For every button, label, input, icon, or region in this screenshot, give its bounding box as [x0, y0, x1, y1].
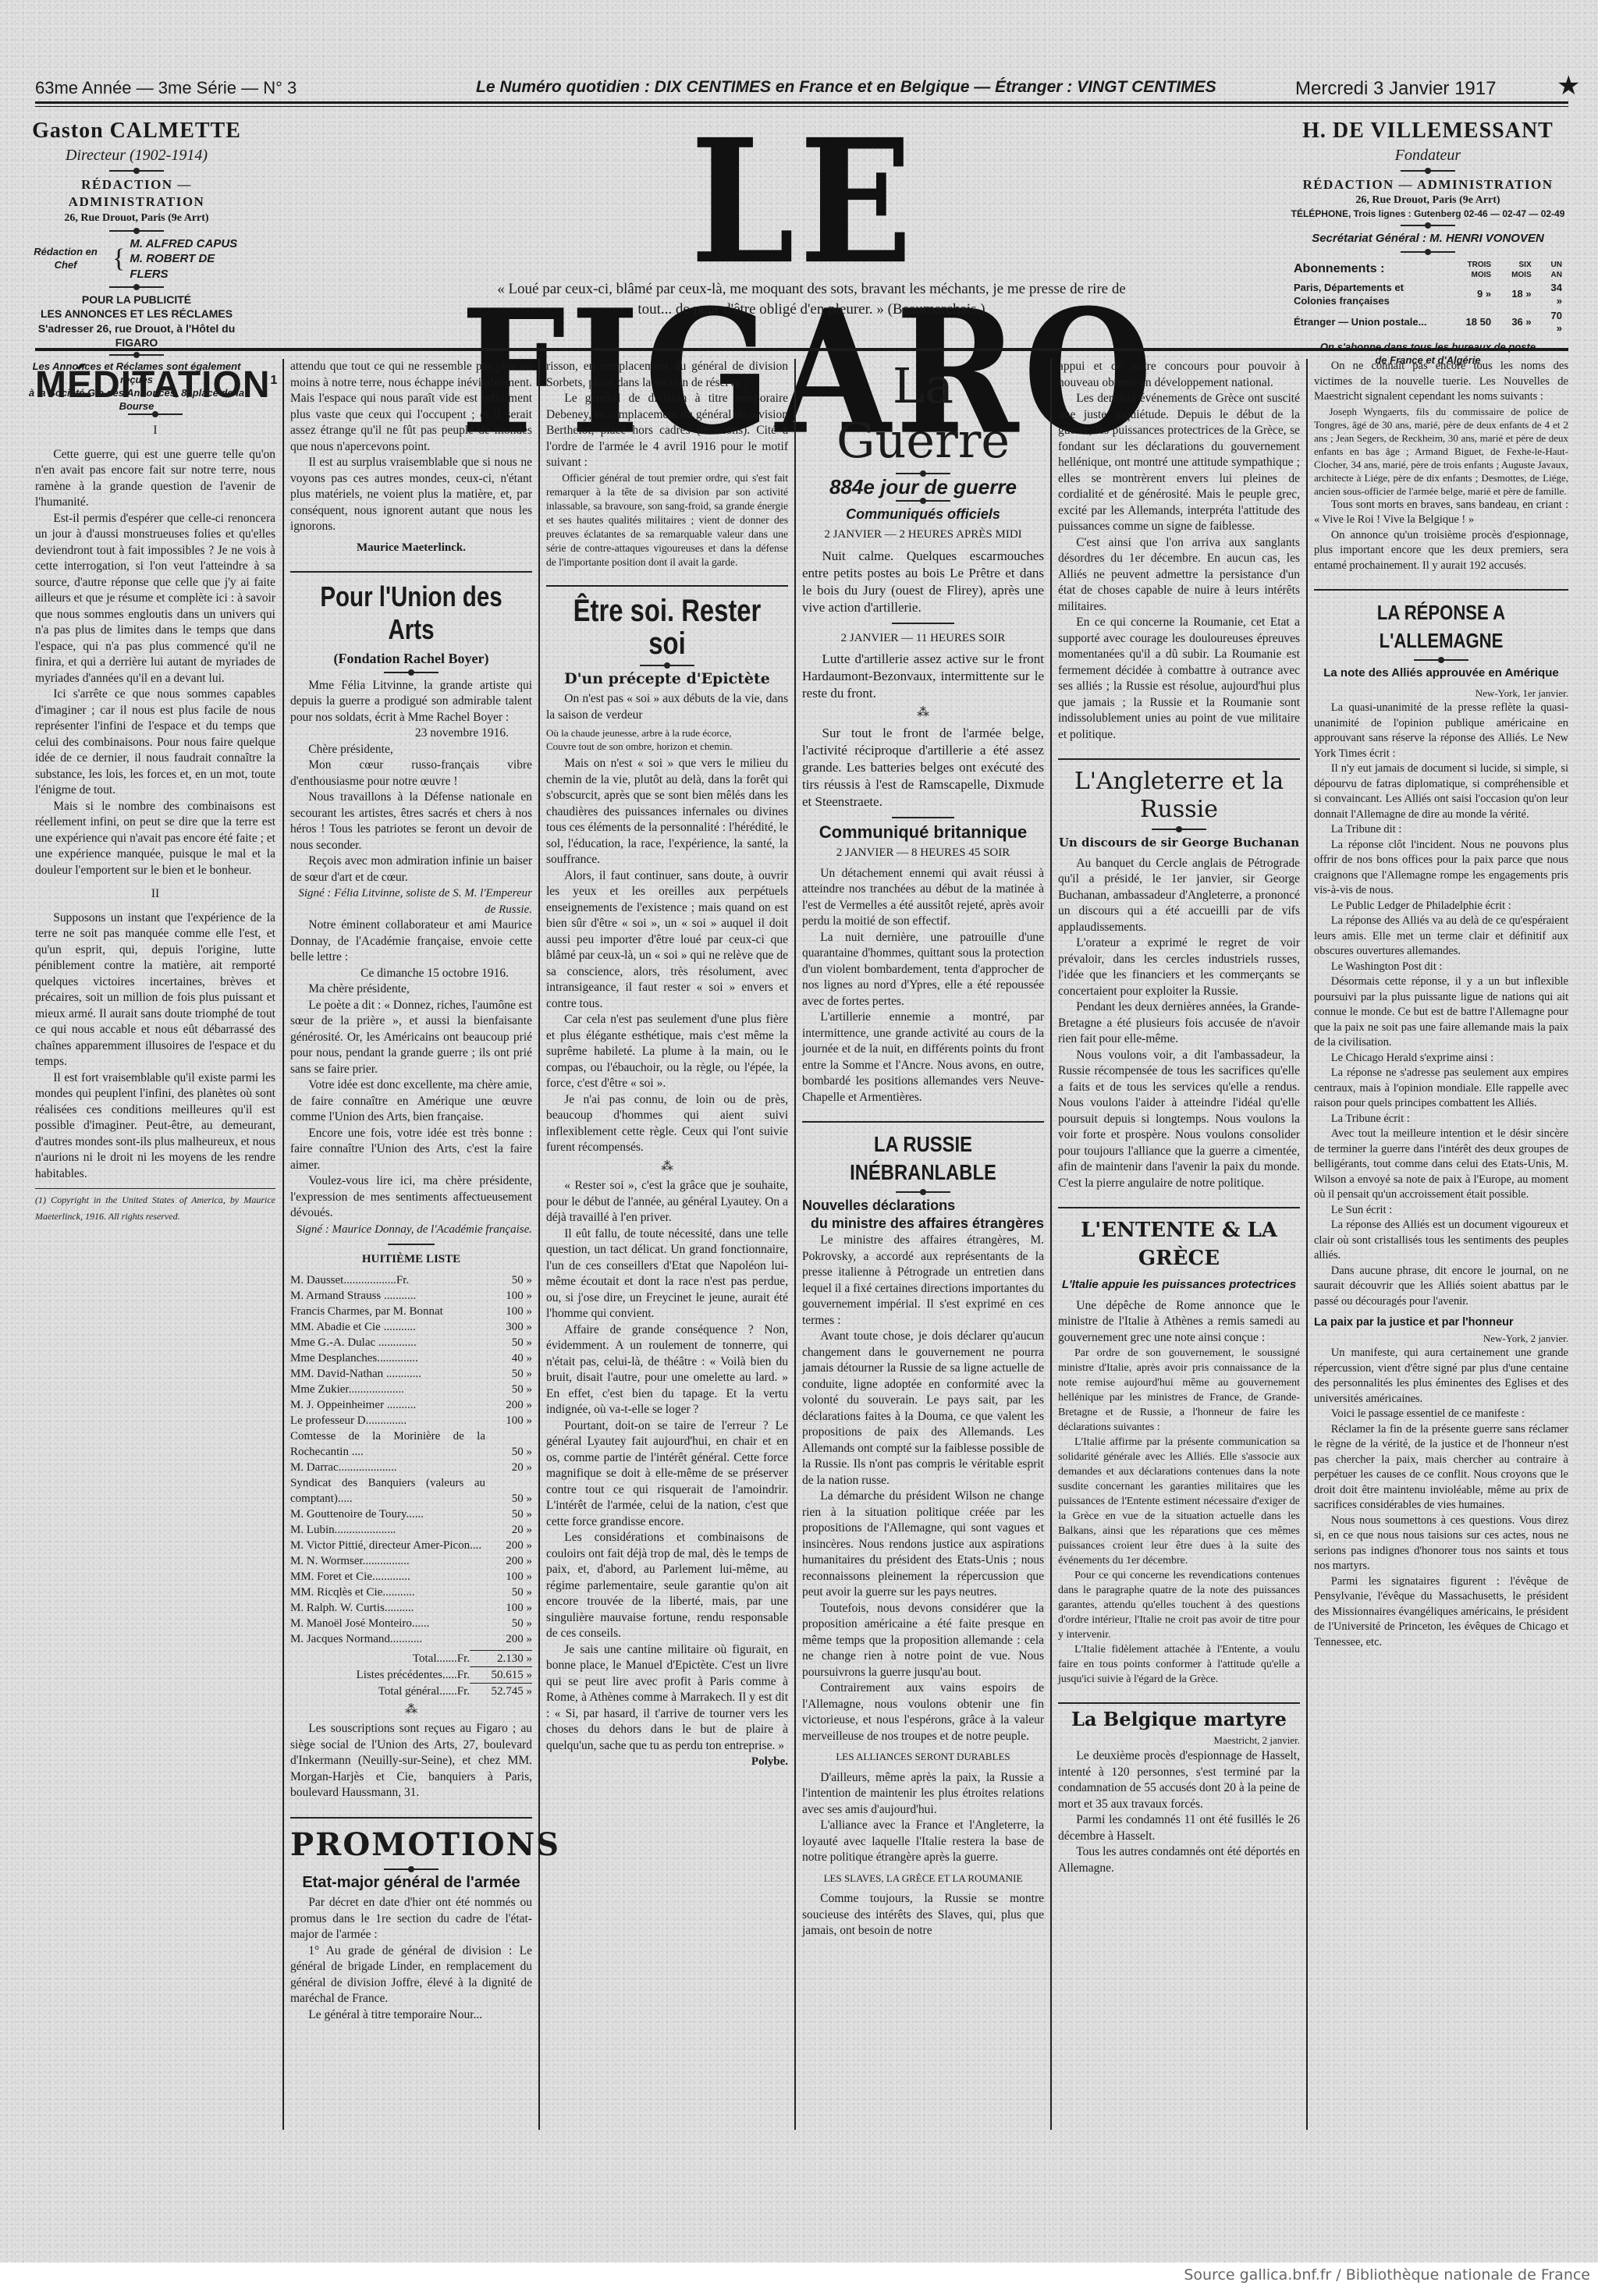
article-title: PROMOTIONS: [290, 1826, 532, 1864]
paragraph: La paix par la justice et par l'honneur: [1314, 1315, 1568, 1331]
paragraph: Mais on n'est « soi » que vers le milieu…: [546, 756, 788, 868]
divider: [892, 623, 954, 624]
dateline: New-York, 1er janvier.: [1314, 686, 1568, 701]
issue-date: Mercredi 3 Janvier 1917: [1295, 78, 1496, 100]
subs-header: SIX MOIS: [1497, 259, 1538, 281]
ornament-icon: [109, 230, 164, 232]
paragraph: C'est ainsi que l'on arriva aux sanglant…: [1058, 535, 1300, 616]
wavy-divider: [802, 1113, 1044, 1123]
paragraph: Nous voulons voir, a dit l'ambassadeur, …: [1058, 1048, 1300, 1192]
article-title: LA RÉPONSE A L'ALLEMAGNE: [1333, 598, 1549, 655]
asterism-icon: ⁂: [802, 705, 1044, 722]
paragraph: Contrairement aux vains espoirs de l'All…: [802, 1680, 1044, 1744]
ornament-icon: [896, 1191, 950, 1193]
article-title: L'ENTENTE & LA GRÈCE: [1058, 1216, 1300, 1272]
donor-row: Mme Desplanches..............40 »: [290, 1350, 532, 1366]
paragraph: On n'est pas « soi » aux débuts de la vi…: [546, 691, 788, 723]
article-title: MÉDITATION1: [35, 359, 275, 407]
article-subtitle: L'Italie appuie les puissances protectri…: [1058, 1277, 1300, 1293]
ornament-icon: [896, 500, 950, 502]
paragraph: Comme toujours, la Russie se montre souc…: [802, 1891, 1044, 1939]
wavy-divider: [1058, 1694, 1300, 1704]
signature: Signé : Maurice Donnay, de l'Académie fr…: [290, 1222, 532, 1238]
donor-row: MM. Foret et Cie.............100 »: [290, 1569, 532, 1584]
paragraph: Les considérations et combinaisons de co…: [546, 1530, 788, 1642]
paragraph: Parmi les condamnés 11 ont été fusillés …: [1058, 1812, 1300, 1844]
wavy-divider: [1314, 581, 1568, 591]
communique-time: 2 JANVIER — 8 HEURES 45 SOIR: [802, 845, 1044, 861]
paragraph: Nous travaillons à la Défense nationale …: [290, 790, 532, 853]
address: 26, Rue Drouot, Paris (9e Arrt): [23, 211, 250, 225]
article-title: La Guerre: [802, 359, 1044, 468]
founder-role: Fondateur: [1287, 145, 1568, 165]
article-subtitle: du ministre des affaires étrangères: [802, 1215, 1044, 1232]
letter-date: 23 novembre 1916.: [290, 726, 509, 742]
column-reponse-allemagne: On ne connaît pas encore tous les noms d…: [1314, 359, 1568, 1650]
director-name: Gaston CALMETTE: [23, 117, 250, 145]
column-la-guerre: La Guerre 884e jour de guerre Communiqué…: [802, 359, 1044, 1939]
totals-list: Total.......Fr.2.130 »Listes précédentes…: [290, 1650, 532, 1699]
column-rule: [794, 359, 796, 2130]
wavy-divider: [290, 1809, 532, 1819]
paragraph: Tous sont morts en braves, sans bandeau,…: [1314, 498, 1568, 528]
paragraph: Ici s'arrête ce que nous sommes capables…: [35, 687, 275, 799]
section-title: Communiqué britannique: [802, 825, 1044, 841]
paragraph: Alors, il faut continuer, sans doute, à …: [546, 868, 788, 1013]
ornament-icon: [1401, 251, 1455, 253]
paragraph: Réclamer la fin de la présente guerre sa…: [1314, 1422, 1568, 1514]
paragraph: Nous nous soumettons à ces questions. Vo…: [1314, 1514, 1568, 1574]
pub-line-3: S'adresser 26, rue Drouot, à l'Hôtel du …: [23, 321, 250, 350]
paragraph: Le général à titre temporaire Nour...: [290, 2007, 532, 2024]
paragraph: Toutefois, nous devons considérer que la…: [802, 1601, 1044, 1681]
donor-row: M. Victor Pittié, directeur Amer-Picon..…: [290, 1538, 532, 1553]
subs-row: Étranger — Union postale... 18 50 36 » 7…: [1287, 309, 1568, 337]
pub-line-1: POUR LA PUBLICITÉ: [23, 293, 250, 307]
address: 26, Rue Drouot, Paris (9e Arrt): [1287, 193, 1568, 208]
subs-label: Abonnements :: [1287, 259, 1450, 281]
ornament-icon: [896, 473, 950, 474]
article-subtitle: La note des Alliés approuvée en Amérique: [1314, 665, 1568, 681]
paragraph: Par décret en date d'hier ont été nommés…: [290, 1895, 532, 1943]
article-subtitle: (Fondation Rachel Boyer): [290, 651, 532, 667]
divider: [388, 1244, 435, 1245]
ornament-icon: [109, 354, 164, 356]
paragraph: L'Italie affirme par la présente communi…: [1058, 1435, 1300, 1568]
total-row: Total général......Fr.52.745 »: [290, 1683, 532, 1699]
paragraph: Pour ce qui concerne les revendications …: [1058, 1568, 1300, 1642]
paragraph: Le Chicago Herald s'exprime ainsi :: [1314, 1051, 1568, 1066]
column-rule: [282, 359, 284, 2130]
column-rule: [1050, 359, 1052, 2130]
paragraph: Le deuxième procès d'espionnage de Hasse…: [1058, 1748, 1300, 1812]
wavy-divider: [546, 577, 788, 587]
article-subtitle: Un discours de sir George Buchanan: [1058, 835, 1300, 851]
paragraph: Avec tout la meilleure intention et le d…: [1314, 1127, 1568, 1203]
paragraph: On annonce qu'un troisième procès d'espi…: [1314, 528, 1568, 574]
paragraph: Un détachement ennemi qui avait réussi à…: [802, 866, 1044, 930]
paragraph: Sur tout le front de l'armée belge, l'ac…: [802, 725, 1044, 811]
donor-row: M. N. Wormser................200 »: [290, 1553, 532, 1569]
paragraph: On ne connaît pas encore tous les noms d…: [1314, 359, 1568, 405]
subs-header: TROIS MOIS: [1450, 259, 1498, 281]
ornament-icon: [384, 1868, 439, 1870]
donor-row: MM. Ricqlès et Cie...........50 »: [290, 1584, 532, 1600]
article-subtitle: Etat-major général de l'armée: [290, 1875, 532, 1891]
paragraph: Dans aucune phrase, dit encore le journa…: [1314, 1264, 1568, 1310]
ornament-icon: [384, 672, 439, 673]
donor-row: Syndicat des Banquiers (valeurs au compt…: [290, 1475, 532, 1506]
paragraph: La réponse des Alliés est un document vi…: [1314, 1218, 1568, 1264]
paragraph: Voici le passage essentiel de ce manifes…: [1314, 1407, 1568, 1422]
list-title: HUITIÈME LISTE: [290, 1251, 532, 1268]
donor-row: MM. David-Nathan ............50 »: [290, 1366, 532, 1382]
secretary-line: Secrétariat Général : M. HENRI VONOVEN: [1287, 231, 1568, 247]
paragraph: Un manifeste, qui aura certainement une …: [1314, 1346, 1568, 1407]
paragraph: La réponse clôt l'incident. Nous ne pouv…: [1314, 838, 1568, 899]
article-title: La Belgique martyre: [1058, 1712, 1300, 1728]
paragraph: Pendant les deux dernières années, la Gr…: [1058, 999, 1300, 1048]
communiques-title: Communiqués officiels: [802, 506, 1044, 523]
paragraph: Est-il permis d'espérer que celle-ci ren…: [35, 511, 275, 687]
paragraph: Le ministre des affaires étrangères, M. …: [802, 1233, 1044, 1329]
donor-row: M. Dausset..................Fr.50 »: [290, 1272, 532, 1288]
paragraph: Reçois avec mon admiration infinie un ba…: [290, 853, 532, 885]
paragraph: Au banquet du Cercle anglais de Pétrogra…: [1058, 856, 1300, 936]
column-etre-soi: risson, en remplacement du général de di…: [546, 359, 788, 1770]
chief-label: Rédaction en Chef: [23, 246, 108, 272]
paragraph: attendu que tout ce qui ne ressemble pas…: [290, 359, 532, 455]
paragraph: Il est au surplus vraisemblable que si n…: [290, 455, 532, 535]
paragraph: En ce qui concerne la Roumanie, cet Etat…: [1058, 615, 1300, 743]
footnote: (1) Copyright in the United States of Am…: [35, 1188, 275, 1224]
phone-line: TÉLÉPHONE, Trois lignes : Gutenberg 02-4…: [1287, 208, 1568, 221]
signature: Maurice Maeterlinck.: [290, 540, 532, 556]
paragraph: Le poète a dit : « Donnez, riches, l'aum…: [290, 998, 532, 1078]
paragraph: La quasi-unanimité de la presse reflète …: [1314, 701, 1568, 761]
redaction-label: RÉDACTION — ADMINISTRATION: [23, 176, 250, 211]
donor-row: M. Jacques Normand...........200 »: [290, 1631, 532, 1647]
redaction-label: RÉDACTION — ADMINISTRATION: [1287, 176, 1568, 193]
wavy-divider: [1058, 1199, 1300, 1208]
paragraph: Le Public Ledger de Philadelphie écrit :: [1314, 899, 1568, 914]
chief-2: M. ROBERT DE FLERS: [130, 251, 250, 282]
masthead-motto: « Loué par ceux-ci, blâmé par ceux-là, m…: [484, 279, 1139, 319]
paragraph: Lutte d'artillerie assez active sur le f…: [802, 651, 1044, 702]
donor-row: Le professeur D..............100 »: [290, 1413, 532, 1428]
article-title: Être soi. Rester soi: [568, 594, 766, 660]
paragraph: Car cela n'est pas seulement d'une plus …: [546, 1012, 788, 1092]
asterism-icon: ⁂: [546, 1159, 788, 1176]
salutation: Chère présidente,: [290, 742, 532, 758]
donor-row: Mme Zukier...................50 »: [290, 1382, 532, 1397]
communique-time: 2 JANVIER — 11 HEURES SOIR: [802, 630, 1044, 647]
paragraph: appui et de notre concours pour pouvoir …: [1058, 359, 1300, 391]
paragraph: Les souscriptions sont reçues au Figaro …: [290, 1721, 532, 1801]
subs-header: UN AN: [1538, 259, 1568, 281]
ornament-icon: [128, 413, 183, 415]
column-rule: [538, 359, 540, 2130]
asterism-icon: ⁂: [290, 1702, 532, 1719]
war-day: 884e jour de guerre: [802, 479, 1044, 495]
paragraph: Il n'y eut jamais de document si lucide,…: [1314, 761, 1568, 822]
paragraph: Par ordre de son gouvernement, le soussi…: [1058, 1346, 1300, 1435]
paragraph: Encore une fois, votre idée est très bon…: [290, 1126, 532, 1174]
section-head: LES SLAVES, LA GRÈCE ET LA ROUMANIE: [802, 1871, 1044, 1887]
founder-name: H. DE VILLEMESSANT: [1287, 117, 1568, 145]
paragraph: Le Washington Post dit :: [1314, 960, 1568, 975]
paragraph: « Rester soi », c'est la grâce que je so…: [546, 1178, 788, 1226]
issue-number: 63me Année — 3me Série — N° 3: [35, 78, 297, 98]
paragraph: Je n'ai pas connu, de loin ou de près, b…: [546, 1092, 788, 1156]
header-rule: [35, 348, 1568, 351]
donor-row: M. Armand Strauss ...........100 »: [290, 1288, 532, 1304]
paragraph: L'Italie fidèlement attachée à l'Entente…: [1058, 1642, 1300, 1687]
dateline: Maestricht, 2 janvier.: [1058, 1733, 1300, 1749]
paragraph: Avant toute chose, je dois déclarer qu'a…: [802, 1329, 1044, 1489]
paragraph: Notre éminent collaborateur et ami Mauri…: [290, 917, 532, 966]
signature: Polybe.: [546, 1754, 788, 1770]
donor-row: M. Gouttenoire de Toury......50 »: [290, 1506, 532, 1522]
divider: [892, 817, 954, 818]
section-number: I: [35, 423, 275, 439]
paragraph: La réponse des Alliés va au delà de ce q…: [1314, 914, 1568, 960]
pub-line-2: LES ANNONCES ET LES RÉCLAMES: [23, 307, 250, 321]
communique-time: 2 JANVIER — 2 HEURES APRÈS MIDI: [802, 527, 1044, 543]
letter-date: Ce dimanche 15 octobre 1916.: [290, 966, 509, 982]
subscription-table: Abonnements : TROIS MOIS SIX MOIS UN AN …: [1287, 259, 1568, 337]
source-credit: Source gallica.bnf.fr / Bibliothèque nat…: [1184, 2266, 1590, 2284]
ornament-icon: [109, 286, 164, 288]
donor-list: M. Dausset..................Fr.50 »M. Ar…: [290, 1272, 532, 1647]
donor-row: M. Darrac....................20 »: [290, 1460, 532, 1475]
ornament-icon: [109, 170, 164, 172]
donor-row: M. Lubin.....................20 »: [290, 1522, 532, 1538]
paragraph: Il eût fallu, de toute nécessité, dans u…: [546, 1226, 788, 1322]
article-subtitle: D'un précepte d'Epictète: [546, 671, 788, 687]
donor-row: Mme G.-A. Dulac .............50 »: [290, 1335, 532, 1350]
donor-row: M. J. Oppeinheimer ..........200 »: [290, 1397, 532, 1413]
paragraph: Votre idée est donc excellente, ma chère…: [290, 1077, 532, 1126]
paragraph: Supposons un instant que l'expérience de…: [35, 910, 275, 1070]
price-line: Le Numéro quotidien : DIX CENTIMES en Fr…: [476, 78, 1216, 97]
paragraph: La réponse ne s'adresse pas seulement au…: [1314, 1066, 1568, 1112]
paragraph: Parmi les signataires figurent : l'évêqu…: [1314, 1574, 1568, 1651]
verse: Où la chaude jeunesse, arbre à la rude é…: [546, 726, 788, 753]
ornament-icon: [1152, 829, 1206, 830]
paragraph: Tous les autres condamnés ont été déport…: [1058, 1844, 1300, 1876]
paragraph: Affaire de grande conséquence ? Non, évi…: [546, 1322, 788, 1418]
paragraph: L'alliance avec la France et l'Angleterr…: [802, 1818, 1044, 1866]
wavy-divider: [1058, 751, 1300, 760]
salutation: Ma chère présidente,: [290, 981, 532, 998]
column-rule: [1306, 359, 1308, 2130]
paragraph: Le général de division à titre temporair…: [546, 391, 788, 471]
paragraph: Joseph Wyngaerts, fils du commissaire de…: [1314, 405, 1568, 498]
paragraph: Officier général de tout premier ordre, …: [546, 471, 788, 570]
paragraph: 1° Au grade de général de division : Le …: [290, 1943, 532, 2007]
right-header-box: H. DE VILLEMESSANT Fondateur RÉDACTION —…: [1287, 117, 1568, 367]
donor-row: Comtesse de la Morinière de la Rochecant…: [290, 1428, 532, 1460]
paragraph: Désormais cette réponse, il y a un but i…: [1314, 974, 1568, 1051]
brace-icon: {: [112, 246, 125, 272]
total-row: Total.......Fr.2.130 »: [290, 1650, 532, 1666]
paragraph: Je sais une cantine militaire où figurai…: [546, 1642, 788, 1755]
paragraph: L'orateur a exprimé le regret de voir pr…: [1058, 935, 1300, 999]
wavy-divider: [290, 563, 532, 573]
ornament-icon: [1414, 659, 1468, 661]
paragraph: La Tribune dit :: [1314, 822, 1568, 838]
article-title: LA RUSSIE INÉBRANLABLE: [820, 1130, 1026, 1187]
donor-row: Francis Charmes, par M. Bonnat100 »: [290, 1304, 532, 1319]
paragraph: Une dépêche de Rome annonce que le minis…: [1058, 1298, 1300, 1347]
signature: Signé : Félia Litvinne, soliste de S. M.…: [290, 885, 532, 917]
article-body: La quasi-unanimité de la presse reflète …: [1314, 701, 1568, 1650]
donor-row: MM. Abadie et Cie ...........300 »: [290, 1319, 532, 1335]
paragraph: Nuit calme. Quelques escarmouches entre …: [802, 548, 1044, 616]
paragraph: Voulez-vous lire ici, ma chère président…: [290, 1173, 532, 1222]
star-icon: ★: [1557, 70, 1580, 101]
ornament-icon: [1401, 170, 1455, 172]
donor-row: M. Ralph. W. Curtis..........100 »: [290, 1600, 532, 1616]
column-angleterre-grece: appui et de notre concours pour pouvoir …: [1058, 359, 1300, 1876]
total-row: Listes précédentes.....Fr.50.615 »: [290, 1666, 532, 1683]
director-role: Directeur (1902-1914): [23, 145, 250, 165]
paragraph: La démarche du président Wilson ne chang…: [802, 1489, 1044, 1601]
subs-row: Paris, Départements et Colonies français…: [1287, 281, 1568, 309]
paragraph: Les derniers événements de Grèce ont sus…: [1058, 391, 1300, 535]
paragraph: Pourtant, doit-on se taire de l'erreur ?…: [546, 1418, 788, 1531]
paragraph: Le Sun écrit :: [1314, 1203, 1568, 1219]
paragraph: La Tribune écrit :: [1314, 1112, 1568, 1127]
paragraph: risson, en remplacement du général de di…: [546, 359, 788, 391]
paragraph: Cette guerre, qui est une guerre telle q…: [35, 447, 275, 511]
paragraph: La nuit dernière, une patrouille d'une q…: [802, 930, 1044, 1010]
donor-row: M. Manoël José Monteiro......50 »: [290, 1616, 532, 1631]
ornament-icon: [640, 665, 694, 666]
paragraph: Il est fort vraisemblable qu'il existe p…: [35, 1070, 275, 1183]
paragraph: Mon cœur russo-français vibre d'enthousi…: [290, 758, 532, 790]
section-head: LES ALLIANCES SERONT DURABLES: [802, 1749, 1044, 1765]
paragraph: Mme Félia Litvinne, la grande artiste qu…: [290, 678, 532, 726]
ornament-icon: [1401, 225, 1455, 226]
section-number: II: [35, 886, 275, 903]
column-meditation: MÉDITATION1 I Cette guerre, qui est une …: [35, 359, 275, 1224]
article-subtitle: Nouvelles déclarations: [802, 1198, 1044, 1214]
article-title: Pour l'Union des Arts: [312, 580, 510, 646]
paragraph: Mais si le nombre des combinaisons est r…: [35, 799, 275, 879]
paragraph: D'ailleurs, même après la paix, la Russi…: [802, 1770, 1044, 1819]
chief-editors: Rédaction en Chef { M. ALFRED CAPUS M. R…: [23, 236, 250, 282]
column-union-des-arts: attendu que tout ce qui ne ressemble pas…: [290, 359, 532, 2023]
paragraph: New-York, 2 janvier.: [1314, 1331, 1568, 1347]
chief-1: M. ALFRED CAPUS: [130, 236, 250, 252]
article-title: L'Angleterre et la Russie: [1058, 768, 1300, 824]
paragraph: L'artillerie ennemie a montré, par inter…: [802, 1010, 1044, 1105]
